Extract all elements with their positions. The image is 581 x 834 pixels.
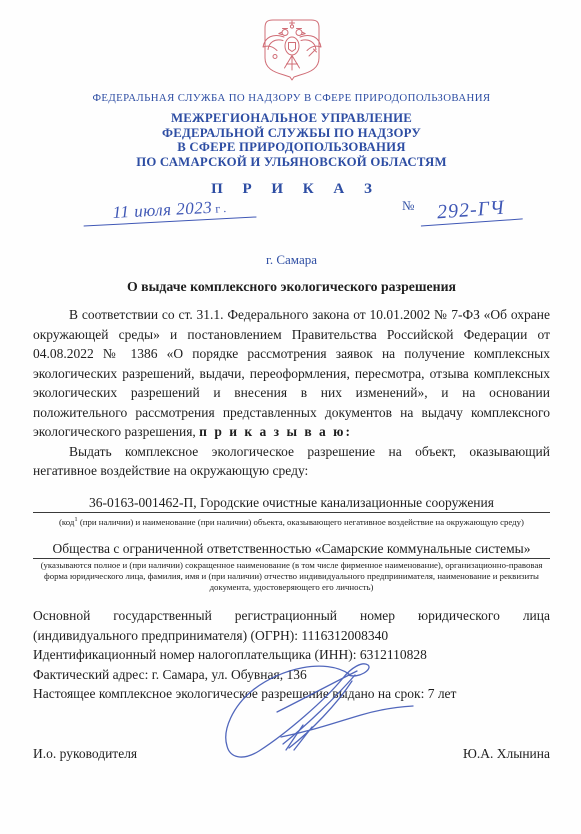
caption-text: (код	[59, 516, 74, 526]
legal-basis-text: В соответствии со ст. 31.1. Федерального…	[33, 307, 550, 439]
department-name-block: МЕЖРЕГИОНАЛЬНОЕ УПРАВЛЕНИЕ ФЕДЕРАЛЬНОЙ С…	[33, 111, 550, 169]
issue-place: г. Самара	[33, 252, 550, 268]
department-line: МЕЖРЕГИОНАЛЬНОЕ УПРАВЛЕНИЕ	[33, 111, 550, 126]
caption-text: (при наличии) и наименование (при наличи…	[78, 516, 524, 526]
russia-coat-of-arms-icon	[256, 16, 328, 82]
company-field-caption: (указываются полное и (при наличии) сокр…	[33, 560, 550, 593]
signer-name: Ю.А. Хлынина	[463, 746, 550, 762]
company-name: Общества с ограниченной ответственностью…	[33, 541, 550, 559]
handwritten-date: 11 июля 2023	[112, 198, 212, 222]
number-field: № 292-ГЧ	[402, 198, 532, 223]
department-line: ПО САМАРСКОЙ И УЛЬЯНОВСКОЙ ОБЛАСТЯМ	[33, 155, 550, 170]
department-line: ФЕДЕРАЛЬНОЙ СЛУЖБЫ ПО НАДЗОРУ	[33, 126, 550, 141]
agency-name: ФЕДЕРАЛЬНАЯ СЛУЖБА ПО НАДЗОРУ В СФЕРЕ ПР…	[33, 92, 550, 104]
object-code-and-name: 36-0163-001462-П, Городские очистные кан…	[33, 495, 550, 513]
company-field: Общества с ограниченной ответственностью…	[33, 541, 550, 593]
company-details-block: Основной государственный регистрационный…	[33, 606, 550, 704]
requisites-row: 11 июля 2023г . № 292-ГЧ	[33, 200, 550, 238]
signing-row: И.о. руководителя Ю.А. Хлынина	[33, 746, 550, 762]
document-title: О выдаче комплексного экологического раз…	[33, 279, 550, 295]
signer-position: И.о. руководителя	[33, 746, 137, 762]
number-sign: №	[402, 198, 414, 213]
detail-inn: Идентификационный номер налогоплательщик…	[33, 645, 550, 665]
body-paragraph-legal-basis: В соответствии со ст. 31.1. Федерального…	[33, 305, 550, 442]
detail-address: Фактический адрес: г. Самара, ул. Обувна…	[33, 665, 550, 685]
detail-ogrn: Основной государственный регистрационный…	[33, 606, 550, 645]
order-document-page: ФЕДЕРАЛЬНАЯ СЛУЖБА ПО НАДЗОРУ В СФЕРЕ ПР…	[0, 0, 581, 834]
detail-term: Настоящее комплексное экологическое разр…	[33, 684, 550, 704]
date-suffix: г .	[215, 201, 227, 216]
department-line: В СФЕРЕ ПРИРОДОПОЛЬЗОВАНИЯ	[33, 140, 550, 155]
emblem-container	[33, 0, 550, 82]
date-field: 11 июля 2023г .	[83, 195, 257, 226]
document-type-heading: П Р И К А З	[33, 181, 550, 198]
handwritten-number: 292-ГЧ	[437, 197, 506, 224]
object-field-caption: (код1 (при наличии) и наименование (при …	[33, 514, 550, 528]
body-paragraph-resolution: Выдать комплексное экологическое разреше…	[33, 442, 550, 481]
object-field: 36-0163-001462-П, Городские очистные кан…	[33, 495, 550, 528]
order-verb: п р и к а з ы в а ю:	[199, 424, 352, 439]
